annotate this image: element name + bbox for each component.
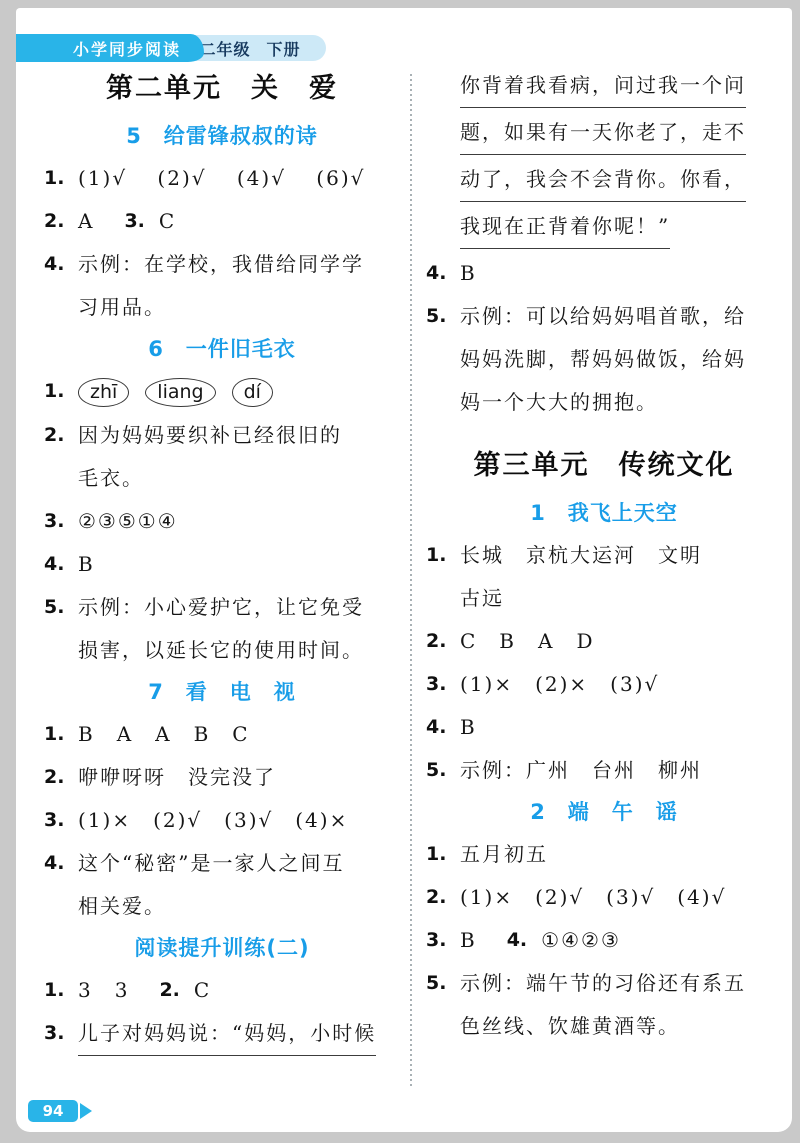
answer-line-continued: 题，如果有一天你老了，走不 bbox=[426, 117, 782, 155]
answer-line: 4.B bbox=[426, 712, 782, 742]
answer-text: B bbox=[460, 925, 477, 955]
series-badge: 小学同步阅读 bbox=[16, 34, 204, 62]
section-title: 7 看 电 视 bbox=[44, 678, 400, 706]
answer-number: 4. bbox=[44, 249, 78, 279]
answer-part: 3.B bbox=[426, 925, 477, 955]
answer-line: 5.示例：端午节的习俗还有系五 bbox=[426, 968, 782, 998]
answer-line: 3.(1)× (2)√ (3)√ (4)× bbox=[44, 805, 400, 835]
answer-line-continued: 古远 bbox=[426, 583, 782, 613]
answer-text: 示例：可以给妈妈唱首歌，给 bbox=[460, 301, 746, 331]
answer-line: 1.3 32.C bbox=[44, 975, 400, 1005]
section-title: 6 一件旧毛衣 bbox=[44, 335, 400, 363]
answer-text: 儿子对妈妈说：“妈妈，小时候 bbox=[78, 1018, 376, 1056]
answer-text: C bbox=[194, 975, 211, 1005]
answer-part: 2.A bbox=[44, 206, 94, 236]
answer-line-continued: 妈妈洗脚，帮妈妈做饭，给妈 bbox=[426, 344, 782, 374]
answer-number: 2. bbox=[44, 206, 78, 236]
answer-number: 3. bbox=[426, 669, 460, 699]
answer-text: 示例：端午节的习俗还有系五 bbox=[460, 968, 746, 998]
left-column: 第二单元 关 爱5 给雷锋叔叔的诗1.(1)√ (2)√ (4)√ (6)√2.… bbox=[44, 70, 410, 1088]
answer-text: 咿咿呀呀 没完没了 bbox=[78, 762, 276, 792]
answer-line: 5.示例：可以给妈妈唱首歌，给 bbox=[426, 301, 782, 331]
answer-line-continued: 毛衣。 bbox=[44, 463, 400, 493]
page-number-badge: 94 bbox=[28, 1100, 92, 1122]
answer-text: 习用品。 bbox=[78, 292, 166, 322]
answer-line-continued: 你背着我看病，问过我一个问 bbox=[426, 70, 782, 108]
answer-line: 3.(1)× (2)× (3)√ bbox=[426, 669, 782, 699]
answer-line-continued: 妈一个大大的拥抱。 bbox=[426, 387, 782, 417]
answer-number: 4. bbox=[426, 712, 460, 742]
answer-number: 4. bbox=[44, 848, 78, 878]
volume-label: 下册 bbox=[267, 37, 301, 60]
answer-text: 3 3 bbox=[78, 975, 129, 1005]
answer-text: (1)× (2)√ (3)√ (4)√ bbox=[460, 882, 726, 912]
answer-line-continued: 动了，我会不会背你。你看， bbox=[426, 164, 782, 202]
answer-text: (1)× (2)× (3)√ bbox=[460, 669, 659, 699]
answer-text: 因为妈妈要织补已经很旧的 bbox=[78, 420, 342, 450]
page-header: 二年级 下册 小学同步阅读 bbox=[16, 34, 792, 62]
pinyin-oval: dí bbox=[232, 378, 273, 407]
answer-text: 示例：在学校，我借给同学学 bbox=[78, 249, 364, 279]
answer-line: 5.示例：广州 台州 柳州 bbox=[426, 755, 782, 785]
answer-number: 3. bbox=[44, 506, 78, 536]
answer-text: B bbox=[460, 258, 477, 288]
right-column: 你背着我看病，问过我一个问题，如果有一天你老了，走不动了，我会不会背你。你看，我… bbox=[412, 70, 782, 1088]
unit-title: 第二单元 关 爱 bbox=[44, 72, 400, 106]
answer-line: 3.儿子对妈妈说：“妈妈，小时候 bbox=[44, 1018, 400, 1056]
answer-number: 3. bbox=[44, 805, 78, 835]
answer-line: 2.(1)× (2)√ (3)√ (4)√ bbox=[426, 882, 782, 912]
answer-line-continued: 我现在正背着你呢！” bbox=[426, 211, 782, 249]
section-title: 2 端 午 谣 bbox=[426, 798, 782, 826]
answer-text: 示例：广州 台州 柳州 bbox=[460, 755, 702, 785]
answer-line-continued: 色丝线、饮雄黄酒等。 bbox=[426, 1011, 782, 1041]
answer-line-continued: 相关爱。 bbox=[44, 891, 400, 921]
answer-text: C bbox=[159, 206, 176, 236]
section-title: 阅读提升训练(二) bbox=[44, 934, 400, 962]
answer-number: 1. bbox=[44, 376, 78, 406]
answer-number: 1. bbox=[44, 719, 78, 749]
answer-part: 1.3 3 bbox=[44, 975, 129, 1005]
answer-line: 1.B A A B C bbox=[44, 719, 400, 749]
answer-text: B A A B C bbox=[78, 719, 250, 749]
answer-text: 五月初五 bbox=[460, 839, 548, 869]
answer-text: ①④②③ bbox=[541, 925, 621, 955]
answer-text: 题，如果有一天你老了，走不 bbox=[460, 117, 746, 155]
answer-line: 4.这个“秘密”是一家人之间互 bbox=[44, 848, 400, 878]
answer-line-continued: 损害，以延长它的使用时间。 bbox=[44, 635, 400, 665]
answer-text: 相关爱。 bbox=[78, 891, 166, 921]
answer-text: 损害，以延长它的使用时间。 bbox=[78, 635, 364, 665]
answer-text: B bbox=[78, 549, 95, 579]
answer-text: (1)√ (2)√ (4)√ (6)√ bbox=[78, 163, 365, 193]
answer-text: 我现在正背着你呢！” bbox=[460, 211, 670, 249]
answer-text: 妈一个大大的拥抱。 bbox=[460, 387, 658, 417]
answer-line: 5.示例：小心爱护它，让它免受 bbox=[44, 592, 400, 622]
answer-line: 2.咿咿呀呀 没完没了 bbox=[44, 762, 400, 792]
answer-line: 1.五月初五 bbox=[426, 839, 782, 869]
answer-number: 3. bbox=[426, 925, 460, 955]
answer-number: 2. bbox=[159, 975, 179, 1005]
answer-line: 4.B bbox=[426, 258, 782, 288]
section-title: 5 给雷锋叔叔的诗 bbox=[44, 122, 400, 150]
answer-number: 3. bbox=[124, 206, 144, 236]
answer-text: C B A D bbox=[460, 626, 594, 656]
answer-text: (1)× (2)√ (3)√ (4)× bbox=[78, 805, 348, 835]
answer-line: 1.(1)√ (2)√ (4)√ (6)√ bbox=[44, 163, 400, 193]
answer-text: ②③⑤①④ bbox=[78, 506, 178, 536]
answer-part: 4.①④②③ bbox=[507, 925, 621, 955]
answer-text: 色丝线、饮雄黄酒等。 bbox=[460, 1011, 680, 1041]
grade-label: 二年级 bbox=[199, 37, 250, 60]
pinyin-answers: zhīliangdí bbox=[78, 376, 289, 407]
answer-text: A bbox=[78, 206, 94, 236]
answer-text: 毛衣。 bbox=[78, 463, 144, 493]
answer-number: 4. bbox=[507, 925, 527, 955]
answer-text: 妈妈洗脚，帮妈妈做饭，给妈 bbox=[460, 344, 746, 374]
answer-line: 2.C B A D bbox=[426, 626, 782, 656]
answer-number: 3. bbox=[44, 1018, 78, 1048]
answer-number: 2. bbox=[426, 882, 460, 912]
answer-number: 4. bbox=[44, 549, 78, 579]
answer-text: 长城 京杭大运河 文明 bbox=[460, 540, 702, 570]
answer-line: 1.zhīliangdí bbox=[44, 376, 400, 407]
pinyin-oval: zhī bbox=[78, 378, 129, 407]
answer-number: 2. bbox=[44, 420, 78, 450]
answer-number: 5. bbox=[426, 301, 460, 331]
answer-line-continued: 习用品。 bbox=[44, 292, 400, 322]
answer-number: 2. bbox=[426, 626, 460, 656]
answer-number: 1. bbox=[44, 163, 78, 193]
answer-number: 5. bbox=[426, 968, 460, 998]
answer-number: 1. bbox=[426, 540, 460, 570]
section-title: 1 我飞上天空 bbox=[426, 499, 782, 527]
answer-part: 3.C bbox=[124, 206, 176, 236]
answer-text: 古远 bbox=[460, 583, 504, 613]
page-badge-arrow-icon bbox=[80, 1103, 92, 1119]
answer-text: B bbox=[460, 712, 477, 742]
answer-line: 4.B bbox=[44, 549, 400, 579]
answer-number: 1. bbox=[44, 975, 78, 1005]
answer-text: 动了，我会不会背你。你看， bbox=[460, 164, 746, 202]
answer-text: 你背着我看病，问过我一个问 bbox=[460, 70, 746, 108]
series-label: 小学同步阅读 bbox=[73, 37, 181, 60]
page-number: 94 bbox=[28, 1100, 78, 1122]
answer-text: 这个“秘密”是一家人之间互 bbox=[78, 848, 344, 878]
answer-line: 3.②③⑤①④ bbox=[44, 506, 400, 536]
answer-columns: 第二单元 关 爱5 给雷锋叔叔的诗1.(1)√ (2)√ (4)√ (6)√2.… bbox=[44, 70, 782, 1088]
answer-number: 1. bbox=[426, 839, 460, 869]
answer-line: 1.长城 京杭大运河 文明 bbox=[426, 540, 782, 570]
answer-number: 5. bbox=[426, 755, 460, 785]
answer-part: 2.C bbox=[159, 975, 211, 1005]
answer-number: 4. bbox=[426, 258, 460, 288]
answer-line: 2.A3.C bbox=[44, 206, 400, 236]
answer-line: 4.示例：在学校，我借给同学学 bbox=[44, 249, 400, 279]
unit-title: 第三单元 传统文化 bbox=[426, 449, 782, 483]
answer-number: 2. bbox=[44, 762, 78, 792]
answer-line: 2.因为妈妈要织补已经很旧的 bbox=[44, 420, 400, 450]
answer-line: 3.B4.①④②③ bbox=[426, 925, 782, 955]
answer-text: 示例：小心爱护它，让它免受 bbox=[78, 592, 364, 622]
answer-number: 5. bbox=[44, 592, 78, 622]
pinyin-oval: liang bbox=[145, 378, 215, 407]
book-page: 二年级 下册 小学同步阅读 第二单元 关 爱5 给雷锋叔叔的诗1.(1)√ (2… bbox=[16, 8, 792, 1132]
